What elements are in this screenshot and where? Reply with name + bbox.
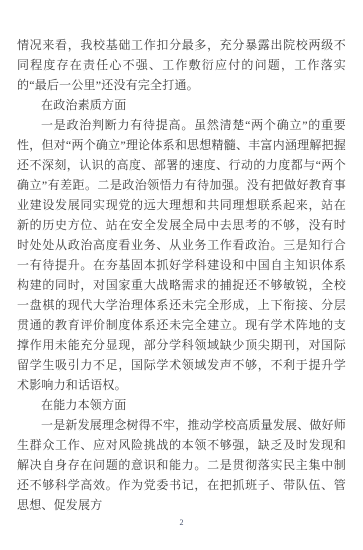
section-heading-ability: 在能力本领方面 — [17, 395, 346, 415]
document-page: 情况来看，我校基础工作扣分最多，充分暴露出院校两级不同程度存在责任心不强、工作敷… — [0, 0, 363, 550]
document-body: 情况来看，我校基础工作扣分最多，充分暴露出院校两级不同程度存在责任心不强、工作敷… — [17, 35, 346, 515]
paragraph-continuation: 情况来看，我校基础工作扣分最多，充分暴露出院校两级不同程度存在责任心不强、工作敷… — [17, 35, 346, 95]
paragraph-political-quality: 一是政治判断力有待提高。虽然清楚“两个确立”的重要性，但对“两个确立”理论体系和… — [17, 115, 346, 395]
page-number: 2 — [0, 519, 363, 527]
section-heading-political-quality: 在政治素质方面 — [17, 95, 346, 115]
paragraph-ability: 一是新发展理念树得不牢，推动学校高质量发展、做好师生群众工作、应对风险挑战的本领… — [17, 415, 346, 515]
